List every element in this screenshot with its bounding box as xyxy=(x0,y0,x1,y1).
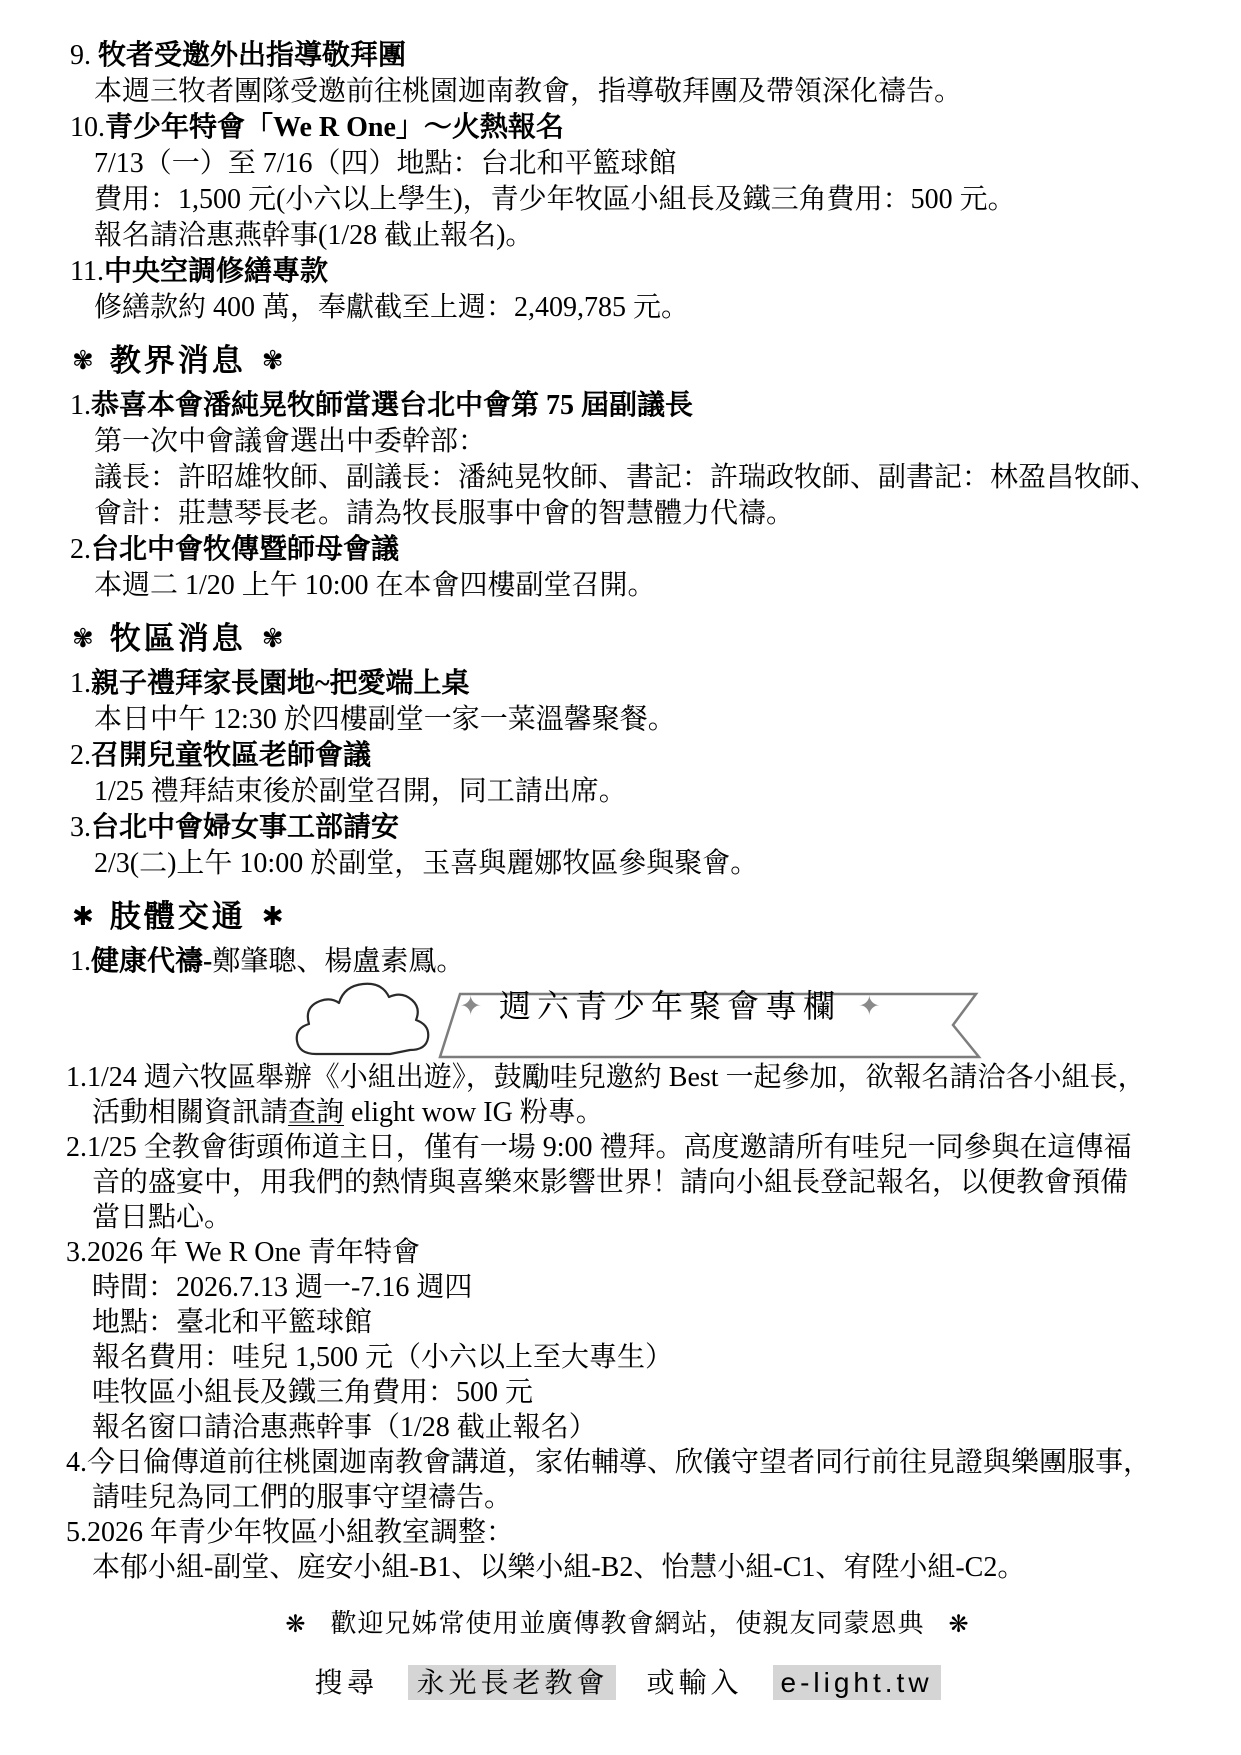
body-text: 2026 年 We R One 青年特會 xyxy=(87,1237,420,1268)
flower-icon: ✾ xyxy=(262,623,284,653)
body-line: 本週三牧者團隊受邀前往桃園迦南教會，指導敬拜團及帶領深化禱告。 xyxy=(70,74,1185,110)
section-header-church-news: ✾教界消息✾ xyxy=(72,340,1185,381)
body-line: 2/3(二)上午 10:00 於副堂，玉喜與麗娜牧區參與聚會。 xyxy=(70,846,1185,882)
item-number: 4. xyxy=(66,1447,87,1478)
asterisk-icon: ✱ xyxy=(72,901,94,931)
youth-item-line: 4.今日倫傳道前往桃園迦南教會講道，家佑輔導、欣儀守望者同行前往見證與樂團服事， xyxy=(66,1445,1185,1480)
item-title: 召開兒童牧區老師會議 xyxy=(91,740,371,771)
youth-item-line: 報名費用：哇兒 1,500 元（小六以上至大專生） xyxy=(66,1340,1185,1375)
body-line: 修繕款約 400 萬，奉獻截至上週：2,409,785 元。 xyxy=(70,290,1185,326)
asterisk-icon: ✱ xyxy=(262,901,284,931)
item-number: 1. xyxy=(66,1062,87,1093)
body-line: 第一次中會議會選出中委幹部： xyxy=(70,424,1185,460)
item-number: 1. xyxy=(70,946,91,977)
youth-item-line: 哇牧區小組長及鐵三角費用：500 元 xyxy=(66,1375,1185,1410)
site-name-highlight: 永光長老教會 xyxy=(408,1665,616,1700)
item-title: 中央空調修繕專款 xyxy=(104,256,328,287)
item-number: 2. xyxy=(70,534,91,565)
item-number: 5. xyxy=(66,1517,87,1548)
body-text: 2026 年青少年牧區小組教室調整： xyxy=(87,1517,514,1548)
body-text: 1/24 週六牧區舉辦《小組出遊》，鼓勵哇兒邀約 Best 一起參加，欲報名請洽… xyxy=(87,1062,1146,1093)
item-heading: 1.親子禮拜家長園地~把愛端上桌 xyxy=(70,666,1185,702)
site-url-highlight: e-light.tw xyxy=(773,1665,941,1700)
body-text: elight wow IG 粉專。 xyxy=(344,1097,604,1128)
item-heading: 2.召開兒童牧區老師會議 xyxy=(70,738,1185,774)
section-title: 牧區消息 xyxy=(110,621,246,656)
section-title: 肢體交通 xyxy=(110,899,246,934)
item-title: 恭喜本會潘純晃牧師當選台北中會第 75 屆副議長 xyxy=(91,390,693,421)
body-line: 本週二 1/20 上午 10:00 在本會四樓副堂召開。 xyxy=(70,568,1185,604)
youth-item-line: 音的盛宴中，用我們的熱情與喜樂來影響世界！請向小組長登記報名，以便教會預備 xyxy=(66,1165,1185,1200)
body-text: 1/25 全教會街頭佈道主日，僅有一場 9:00 禮拜。高度邀請所有哇兒一同參與… xyxy=(87,1132,1132,1163)
youth-item-line: 活動相關資訊請查詢 elight wow IG 粉專。 xyxy=(66,1095,1185,1130)
item-title: 青少年特會「We R One」～火熱報名 xyxy=(105,112,564,143)
banner-title: 週六青少年聚會專欄 xyxy=(499,988,841,1024)
body-line: 1/25 禮拜結束後於副堂召開，同工請出席。 xyxy=(70,774,1185,810)
flower-icon: ❋ xyxy=(949,1611,970,1638)
body-line: 議長：許昭雄牧師、副議長：潘純晃牧師、書記：許瑞政牧師、副書記：林盈昌牧師、 xyxy=(70,460,1185,496)
flower-icon: ✾ xyxy=(72,345,94,375)
banner-title-row: ✦週六青少年聚會專欄✦ xyxy=(400,984,940,1028)
footer-message-text: 歡迎兄姊常使用並廣傳教會網站，使親友同蒙恩典 xyxy=(330,1608,924,1638)
body-line: 費用：1,500 元(小六以上學生)，青少年牧區小組長及鐵三角費用：500 元。 xyxy=(70,182,1185,218)
item-heading: 3.台北中會婦女事工部請安 xyxy=(70,810,1185,846)
item-heading: 2.台北中會牧傳暨師母會議 xyxy=(70,532,1185,568)
item-title: 台北中會牧傳暨師母會議 xyxy=(91,534,399,565)
item-heading: 11.中央空調修繕專款 xyxy=(70,254,1185,290)
item-number: 2. xyxy=(66,1132,87,1163)
body-line: 報名請洽惠燕幹事(1/28 截止報名)。 xyxy=(70,218,1185,254)
body-line: 本日中午 12:30 於四樓副堂一家一菜溫馨聚餐。 xyxy=(70,702,1185,738)
youth-banner: ✦週六青少年聚會專欄✦ xyxy=(70,984,1185,1050)
item-heading: 10.青少年特會「We R One」～火熱報名 xyxy=(70,110,1185,146)
bulletin-page: 9. 牧者受邀外出指導敬拜團 本週三牧者團隊受邀前往桃園迦南教會，指導敬拜團及帶… xyxy=(0,0,1241,1755)
youth-item-line: 3.2026 年 We R One 青年特會 xyxy=(66,1235,1185,1270)
youth-item-line: 時間：2026.7.13 週一-7.16 週四 xyxy=(66,1270,1185,1305)
youth-item-line: 本郁小組-副堂、庭安小組-B1、以樂小組-B2、怡慧小組-C1、宥陞小組-C2。 xyxy=(66,1550,1185,1585)
sparkle-icon: ✦ xyxy=(858,991,881,1021)
bulletin-content: 9. 牧者受邀外出指導敬拜團 本週三牧者團隊受邀前往桃園迦南教會，指導敬拜團及帶… xyxy=(70,38,1185,1701)
underlined-text: 查詢 xyxy=(288,1097,344,1128)
item-number: 9. xyxy=(70,40,98,71)
item-title: 親子禮拜家長園地~把愛端上桌 xyxy=(91,668,470,699)
or-input-label: 或輸入 xyxy=(646,1667,742,1698)
item-title: 健康代禱- xyxy=(91,946,212,977)
body-text: 今日倫傳道前往桃園迦南教會講道，家佑輔導、欣儀守望者同行前往見證與樂團服事， xyxy=(87,1447,1151,1478)
item-heading: 1.恭喜本會潘純晃牧師當選台北中會第 75 屆副議長 xyxy=(70,388,1185,424)
section-header-district-news: ✾牧區消息✾ xyxy=(72,618,1185,659)
item-title: 台北中會婦女事工部請安 xyxy=(91,812,399,843)
flower-icon: ✾ xyxy=(72,623,94,653)
sparkle-icon: ✦ xyxy=(459,991,482,1021)
body-line: 7/13（一）至 7/16（四）地點：台北和平籃球館 xyxy=(70,146,1185,182)
item-number: 10. xyxy=(70,112,105,143)
youth-item-line: 報名窗口請洽惠燕幹事（1/28 截止報名） xyxy=(66,1410,1185,1445)
body-text: 活動相關資訊請 xyxy=(92,1097,288,1128)
flower-icon: ❋ xyxy=(285,1611,306,1638)
youth-item-line: 地點：臺北和平籃球館 xyxy=(66,1305,1185,1340)
footer-message: ❋歡迎兄姊常使用並廣傳教會網站，使親友同蒙恩典❋ xyxy=(70,1605,1185,1643)
footer-search-line: 搜尋永光長老教會或輸入e-light.tw xyxy=(70,1665,1185,1701)
item-number: 11. xyxy=(70,256,104,287)
body-line: 會計：莊慧琴長老。請為牧長服事中會的智慧體力代禱。 xyxy=(70,496,1185,532)
youth-section: 1.1/24 週六牧區舉辦《小組出遊》，鼓勵哇兒邀約 Best 一起參加，欲報名… xyxy=(66,1060,1185,1585)
youth-item-line: 當日點心。 xyxy=(66,1200,1185,1235)
youth-item-line: 2.1/25 全教會街頭佈道主日，僅有一場 9:00 禮拜。高度邀請所有哇兒一同… xyxy=(66,1130,1185,1165)
item-number: 1. xyxy=(70,390,91,421)
item-number: 1. xyxy=(70,668,91,699)
item-number: 3. xyxy=(66,1237,87,1268)
search-label: 搜尋 xyxy=(314,1667,378,1698)
youth-item-line: 5.2026 年青少年牧區小組教室調整： xyxy=(66,1515,1185,1550)
section-title: 教界消息 xyxy=(110,343,246,378)
youth-item-line: 請哇兒為同工們的服事守望禱告。 xyxy=(66,1480,1185,1515)
item-heading: 9. 牧者受邀外出指導敬拜團 xyxy=(70,38,1185,74)
item-title: 牧者受邀外出指導敬拜團 xyxy=(98,40,406,71)
item-number: 2. xyxy=(70,740,91,771)
section-header-fellowship: ✱肢體交通✱ xyxy=(72,896,1185,937)
flower-icon: ✾ xyxy=(262,345,284,375)
item-number: 3. xyxy=(70,812,91,843)
